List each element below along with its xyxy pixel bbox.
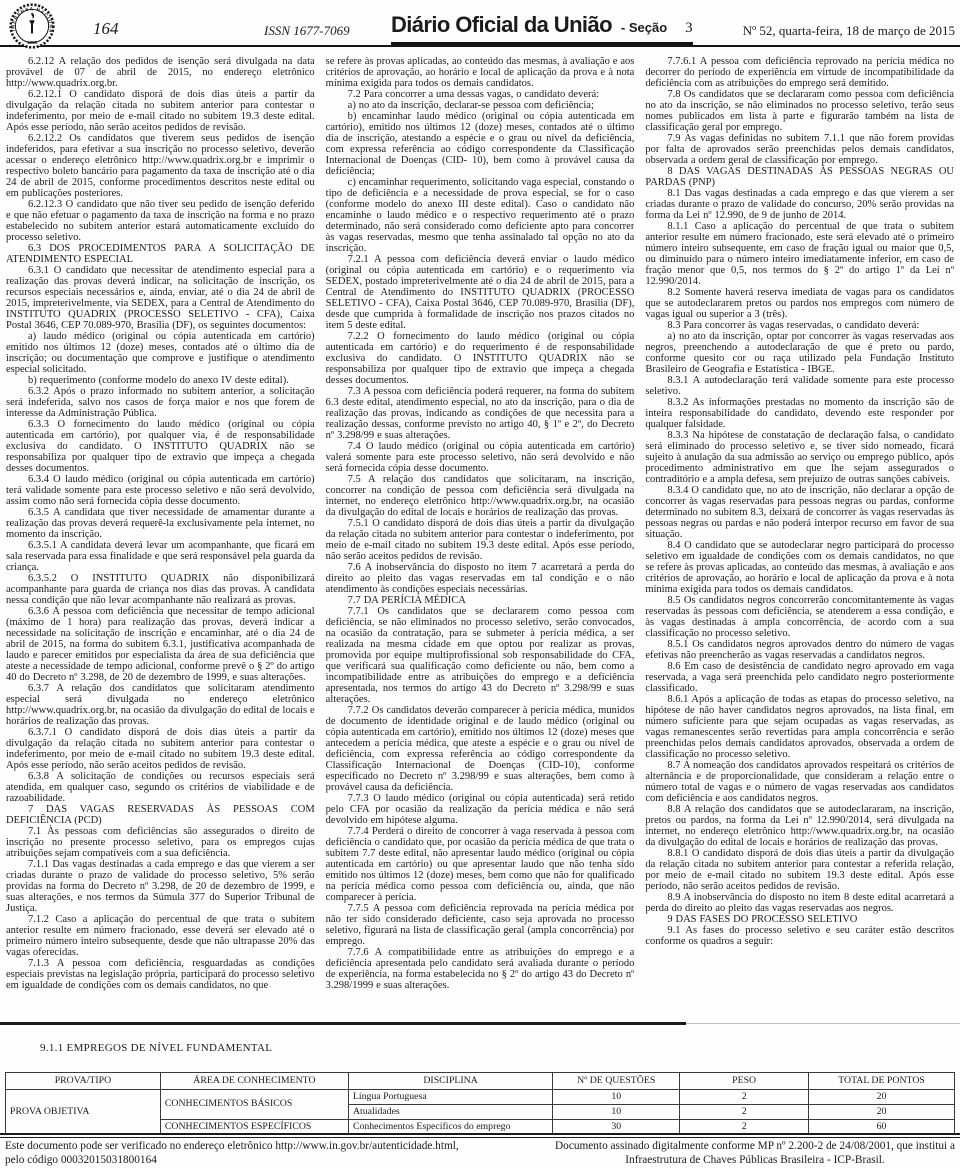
paragraph: 7.1.1 Das vagas destinadas a cada empreg… — [6, 859, 315, 914]
paragraph: 7.2 Para concorrer a uma dessas vagas, o… — [326, 89, 635, 100]
paragraph: 8.1 Das vagas destinadas a cada emprego … — [645, 188, 954, 221]
text-column-3: 7.7.6.1 A pessoa com deficiência reprova… — [645, 56, 954, 1024]
column-header: DISCIPLINA — [348, 1073, 552, 1090]
paragraph: 6.3.8 A solicitação de condições ou recu… — [6, 771, 315, 804]
page-number: 164 — [93, 19, 119, 39]
column-header: ÁREA DE CONHECIMENTO — [160, 1073, 348, 1090]
paragraph: a) laudo médico (original ou cópia auten… — [6, 331, 315, 375]
paragraph: se refere às provas aplicadas, ao conteú… — [326, 56, 635, 89]
table-cell: PROVA OBJETIVA — [6, 1090, 161, 1135]
table-cell: 20 — [809, 1090, 955, 1105]
paragraph: 6.3.5.1 A candidata deverá levar um acom… — [6, 540, 315, 573]
paragraph: 8.3 Para concorrer às vagas reservadas, … — [645, 320, 954, 331]
table-cell: 20 — [809, 1105, 955, 1120]
paragraph: 7.9 As vagas definidas no subitem 7.1.1 … — [645, 133, 954, 166]
paragraph: 7.3 A pessoa com deficiência poderá requ… — [326, 386, 635, 441]
paragraph: 7.2.2 O fornecimento do laudo médico (or… — [326, 331, 635, 386]
paragraph: 9.1 As fases do processo seletivo e seu … — [645, 925, 954, 947]
paragraph: 6.3.1 O candidato que necessitar de aten… — [6, 265, 315, 331]
paragraph: 8.3.1 A autodeclaração terá validade som… — [645, 375, 954, 397]
paragraph: 8.9 A inobservância do disposto no item … — [645, 892, 954, 914]
verification-note: Este documento pode ser verificado no en… — [5, 1140, 459, 1168]
signature-note: Documento assinado digitalmente conforme… — [555, 1140, 955, 1168]
signature-line2: Infraestrutura de Chaves Públicas Brasil… — [555, 1154, 955, 1168]
table-cell: Língua Portuguesa — [348, 1090, 552, 1105]
signature-line1: Documento assinado digitalmente conforme… — [555, 1140, 955, 1154]
logo-year-text: 1808 — [27, 40, 37, 45]
paragraph: 7.2.1 A pessoa com deficiência deverá en… — [326, 254, 635, 331]
paragraph: 7.7.6.1 A pessoa com deficiência reprova… — [645, 56, 954, 89]
paragraph: 6.2.12.1 O candidato disporá de dois dia… — [6, 89, 315, 133]
paragraph: 8.8 A relação dos candidatos que se auto… — [645, 804, 954, 848]
exam-table-body: PROVA OBJETIVACONHECIMENTOS BÁSICOSLíngu… — [6, 1090, 955, 1135]
section-heading: 9.1.1 EMPREGOS DE NÍVEL FUNDAMENTAL — [40, 1042, 272, 1054]
verification-line2: pelo código 00032015031800164 — [5, 1154, 459, 1168]
paragraph: 7.5.1 O candidato disporá de dois dias ú… — [326, 518, 635, 562]
paragraph: 8.3.3 Na hipótese de constatação de decl… — [645, 430, 954, 485]
paragraph: 6.2.12.2 Os candidatos que tiverem seus … — [6, 133, 315, 199]
paragraph: 6.3.3 O fornecimento do laudo médico (or… — [6, 419, 315, 474]
paragraph: 7.7.6 A compatibilidade entre as atribui… — [326, 947, 635, 991]
paragraph: 7.7.1 Os candidatos que se declararem co… — [326, 606, 635, 705]
exam-structure-table: PROVA/TIPOÁREA DE CONHECIMENTODISCIPLINA… — [5, 1072, 955, 1135]
imprensa-nacional-seal-logo: IMPRENSA NACIONAL 1808 — [9, 3, 55, 49]
paragraph: 7.7.5 A pessoa com deficiência reprovada… — [326, 903, 635, 947]
paragraph: 7.1.2 Caso a aplicação do percentual de … — [6, 914, 315, 958]
paragraph: 6.3.7 A relação dos candidatos que solic… — [6, 683, 315, 727]
paragraph: 6.3.6 A pessoa com deficiência que neces… — [6, 606, 315, 683]
paragraph: 8.3.2 As informações prestadas no moment… — [645, 397, 954, 430]
table-cell: 2 — [680, 1090, 809, 1105]
text-column-2: se refere às provas aplicadas, ao conteú… — [326, 56, 635, 1024]
paragraph: 8.5.1 Os candidatos negros aprovados den… — [645, 639, 954, 661]
masthead: Diário Oficial da União - Seção 3 — [391, 12, 693, 45]
edition-info: Nº 52, quarta-feira, 18 de março de 2015 — [743, 23, 955, 39]
paragraph: 8.6 Em caso de desistência de candidato … — [645, 661, 954, 694]
footer-rule — [0, 1133, 960, 1138]
table-cell: CONHECIMENTOS BÁSICOS — [160, 1090, 348, 1120]
paragraph: 8.5 Os candidatos negros concorrerão con… — [645, 595, 954, 639]
paragraph: 7.7.2 Os candidatos deverão comparecer à… — [326, 705, 635, 793]
table-cell: Atualidades — [348, 1105, 552, 1120]
paragraph: 6.3.2 Após o prazo informado no subitem … — [6, 386, 315, 419]
column-header: PROVA/TIPO — [6, 1073, 161, 1090]
paragraph: b) requerimento (conforme modelo do anex… — [6, 375, 315, 386]
paragraph: 6.3 DOS PROCEDIMENTOS PARA A SOLICITAÇÃO… — [6, 243, 315, 265]
column-header: Nº DE QUESTÕES — [553, 1073, 680, 1090]
masthead-section-label: - Seção — [621, 20, 667, 35]
article-columns: 6.2.12 A relação dos pedidos de isenção … — [6, 56, 954, 1024]
paragraph: 8.6.1 Após a aplicação de todas as etapa… — [645, 694, 954, 760]
paragraph: 8.1.1 Caso a aplicação do percentual de … — [645, 221, 954, 287]
page-footer: Este documento pode ser verificado no en… — [5, 1140, 955, 1168]
paragraph: 7.7 DA PERÍCIA MÉDICA — [326, 595, 635, 606]
masthead-title: Diário Oficial da União — [391, 12, 612, 37]
issn-label: ISSN 1677-7069 — [264, 23, 350, 39]
paragraph: 8 DAS VAGAS DESTINADAS ÀS PESSOAS NEGRAS… — [645, 166, 954, 188]
section-divider — [0, 1022, 960, 1025]
paragraph: 7.1 Às pessoas com deficiências são asse… — [6, 826, 315, 859]
paragraph: 6.2.12 A relação dos pedidos de isenção … — [6, 56, 315, 89]
paragraph: 7.1.3 A pessoa com deficiência, resguard… — [6, 958, 315, 991]
paragraph: 6.3.4 O laudo médico (original ou cópia … — [6, 474, 315, 507]
page-header: IMPRENSA NACIONAL 1808 164 ISSN 1677-706… — [0, 0, 960, 47]
paragraph: 8.7 A nomeação dos candidatos aprovados … — [645, 760, 954, 804]
paragraph: 7.8 Os candidatos que se declararam como… — [645, 89, 954, 133]
paragraph: 6.2.12.3 O candidato que não tiver seu p… — [6, 199, 315, 243]
paragraph: 6.3.7.1 O candidato disporá de dois dias… — [6, 727, 315, 771]
paragraph: c) encaminhar requerimento, solicitando … — [326, 177, 635, 254]
column-header: PESO — [680, 1073, 809, 1090]
paragraph: 7.4 O laudo médico (original ou cópia au… — [326, 441, 635, 474]
paragraph: 7.5 A relação dos candidatos que solicit… — [326, 474, 635, 518]
paragraph: 6.3.5.2 O INSTITUTO QUADRIX não disponib… — [6, 573, 315, 606]
gazette-page: IMPRENSA NACIONAL 1808 164 ISSN 1677-706… — [0, 0, 960, 1168]
paragraph: a) no ato da inscrição, declarar-se pess… — [326, 100, 635, 111]
paragraph: 6.3.5 A candidata que tiver necessidade … — [6, 507, 315, 540]
table-cell: 10 — [553, 1090, 680, 1105]
paragraph: 7.7.3 O laudo médico (original ou cópia … — [326, 793, 635, 826]
paragraph: 8.2 Somente haverá reserva imediata de v… — [645, 287, 954, 320]
torch-handle-shape — [31, 23, 33, 33]
divider-dark-segment — [0, 1022, 686, 1025]
table-row: PROVA OBJETIVACONHECIMENTOS BÁSICOSLíngu… — [6, 1090, 955, 1105]
paragraph: 9 DAS FASES DO PROCESSO SELETIVO — [645, 914, 954, 925]
verification-line1: Este documento pode ser verificado no en… — [5, 1140, 459, 1154]
text-column-1: 6.2.12 A relação dos pedidos de isenção … — [6, 56, 315, 1024]
paragraph: 7.6 A inobservância do disposto no item … — [326, 562, 635, 595]
divider-light-segment — [686, 1023, 960, 1024]
exam-table-head: PROVA/TIPOÁREA DE CONHECIMENTODISCIPLINA… — [6, 1073, 955, 1090]
column-header: TOTAL DE PONTOS — [809, 1073, 955, 1090]
table-header-row: PROVA/TIPOÁREA DE CONHECIMENTODISCIPLINA… — [6, 1073, 955, 1090]
table-cell: 2 — [680, 1105, 809, 1120]
table-cell: 10 — [553, 1105, 680, 1120]
paragraph: 7.7.4 Perderá o direito de concorrer à v… — [326, 826, 635, 903]
paragraph: b) encaminhar laudo médico (original ou … — [326, 111, 635, 177]
masthead-section-number: 3 — [685, 20, 693, 36]
paragraph: 7 DAS VAGAS RESERVADAS ÀS PESSOAS COM DE… — [6, 804, 315, 826]
paragraph: a) no ato da inscrição, optar por concor… — [645, 331, 954, 375]
paragraph: 8.8.1 O candidato disporá de dois dias ú… — [645, 848, 954, 892]
paragraph: 8.4 O candidato que se autodeclarar negr… — [645, 540, 954, 595]
paragraph: 8.3.4 O candidato que, no ato de inscriç… — [645, 485, 954, 540]
